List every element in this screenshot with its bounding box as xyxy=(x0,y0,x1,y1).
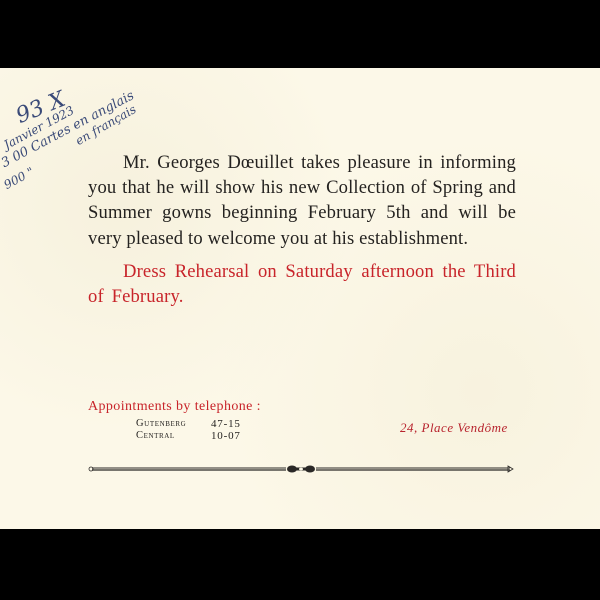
invitation-card: 93 X Janvier 1923 3 00 Cartes en anglais… xyxy=(0,68,600,529)
announcement-paragraph: Mr. Georges Dœuillet takes pleasure in i… xyxy=(88,150,516,251)
telephone-exchange: Central xyxy=(136,430,211,442)
telephone-number: 47-15 xyxy=(211,418,241,430)
telephone-entry: Gutenberg 47-15 xyxy=(136,418,241,430)
announcement-body: Mr. Georges Dœuillet takes pleasure in i… xyxy=(88,150,516,309)
address: 24, Place Vendôme xyxy=(400,420,508,436)
telephone-number: 10-07 xyxy=(211,430,241,442)
dress-rehearsal-notice: Dress Rehearsal on Saturday afternoon th… xyxy=(88,259,516,309)
ornamental-rule-divider xyxy=(88,463,514,475)
telephone-entry: Central 10-07 xyxy=(136,430,241,442)
image-frame: 93 X Janvier 1923 3 00 Cartes en anglais… xyxy=(0,0,600,600)
appointments-label: Appointments by telephone : xyxy=(88,399,261,415)
telephone-list: Gutenberg 47-15 Central 10-07 xyxy=(136,418,241,442)
telephone-exchange: Gutenberg xyxy=(136,418,211,430)
